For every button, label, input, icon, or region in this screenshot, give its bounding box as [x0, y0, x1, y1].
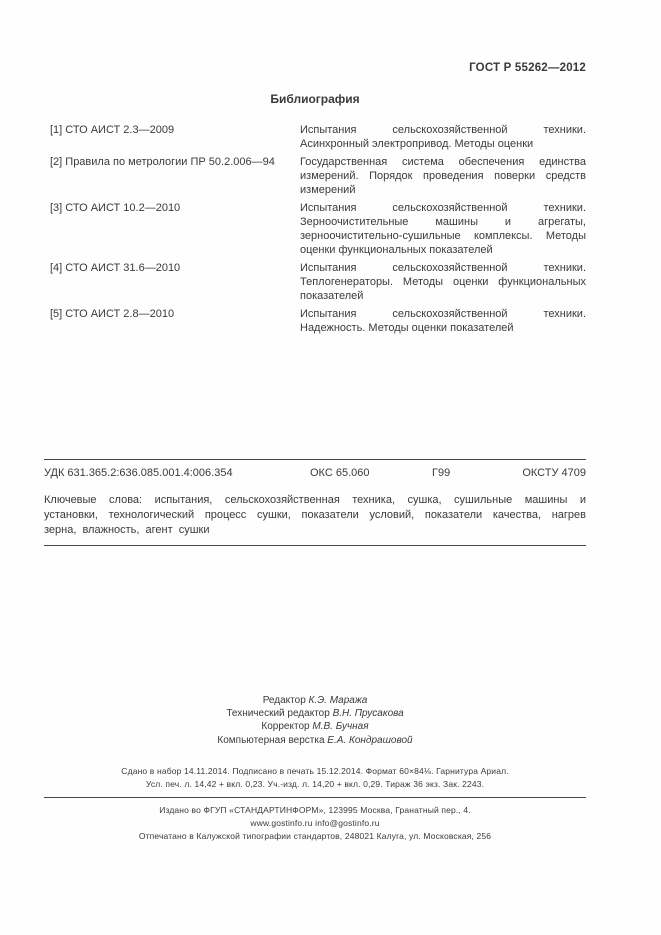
section-title: Библиография: [44, 92, 586, 106]
bibliography-list: [1] СТО АИСТ 2.3—2009 Испытания сельскох…: [50, 123, 586, 339]
staff-role: Редактор: [263, 695, 306, 706]
colophon-line: Сдано в набор 14.11.2014. Подписано в пе…: [44, 765, 586, 778]
bibliography-ref-label: [3] СТО АИСТ 10.2—2010: [50, 201, 300, 257]
staff-name: М.В. Бучная: [312, 721, 368, 732]
staff-role: Технический редактор: [226, 708, 329, 719]
bibliography-ref-label: [4] СТО АИСТ 31.6—2010: [50, 261, 300, 303]
oks-code: ОКС 65.060: [310, 467, 370, 479]
bibliography-entry: [4] СТО АИСТ 31.6—2010 Испытания сельско…: [50, 261, 586, 303]
staff-line: Редактор К.Э. Маража: [44, 694, 586, 707]
bibliography-ref-description: Испытания сельскохозяйственной техники. …: [300, 201, 586, 257]
divider-above-publisher: [44, 797, 586, 798]
bibliography-entry: [2] Правила по метрологии ПР 50.2.006—94…: [50, 155, 586, 197]
bibliography-ref-label: [5] СТО АИСТ 2.8—2010: [50, 307, 300, 335]
staff-role: Компьютерная верстка: [217, 735, 324, 746]
publisher-line: Издано во ФГУП «СТАНДАРТИНФОРМ», 123995 …: [44, 804, 586, 817]
publisher-block: Издано во ФГУП «СТАНДАРТИНФОРМ», 123995 …: [44, 804, 586, 842]
colophon-line: Усл. печ. л. 14,42 + вкл. 0,23. Уч.-изд.…: [44, 778, 586, 791]
staff-line: Технический редактор В.Н. Прусакова: [44, 707, 586, 720]
doc-code: ГОСТ Р 55262—2012: [44, 62, 586, 74]
udk-code: УДК 631.365.2:636.085.001.4:006.354: [44, 467, 233, 479]
bibliography-entry: [5] СТО АИСТ 2.8—2010 Испытания сельскох…: [50, 307, 586, 335]
document-page: ГОСТ Р 55262—2012 Библиография [1] СТО А…: [0, 0, 661, 935]
bibliography-ref-label: [1] СТО АИСТ 2.3—2009: [50, 123, 300, 151]
bibliography-entry: [1] СТО АИСТ 2.3—2009 Испытания сельскох…: [50, 123, 586, 151]
printer-line: Отпечатано в Калужской типографии станда…: [44, 830, 586, 843]
bibliography-ref-label: [2] Правила по метрологии ПР 50.2.006—94: [50, 155, 300, 197]
classification-row: УДК 631.365.2:636.085.001.4:006.354 ОКС …: [44, 467, 586, 481]
group-code: Г99: [432, 467, 450, 479]
staff-role: Корректор: [261, 721, 309, 732]
keywords-paragraph: Ключевые слова: испытания, сельскохозяйс…: [44, 493, 586, 538]
staff-name: К.Э. Маража: [309, 695, 368, 706]
page-content: ГОСТ Р 55262—2012 Библиография [1] СТО А…: [44, 0, 586, 935]
staff-line: Корректор М.В. Бучная: [44, 720, 586, 733]
print-colophon: Сдано в набор 14.11.2014. Подписано в пе…: [44, 765, 586, 791]
staff-name: Е.А. Кондрашовой: [327, 735, 412, 746]
staff-name: В.Н. Прусакова: [333, 708, 404, 719]
publisher-website-line: www.gostinfo.ru info@gostinfo.ru: [44, 817, 586, 830]
bibliography-ref-description: Испытания сельскохозяйственной техники. …: [300, 261, 586, 303]
bibliography-ref-description: Государственная система обеспечения един…: [300, 155, 586, 197]
divider-above-udk: [44, 459, 586, 460]
bibliography-ref-description: Испытания сельскохозяйственной техники. …: [300, 307, 586, 335]
bibliography-ref-description: Испытания сельскохозяйственной техники. …: [300, 123, 586, 151]
bibliography-entry: [3] СТО АИСТ 10.2—2010 Испытания сельско…: [50, 201, 586, 257]
staff-line: Компьютерная верстка Е.А. Кондрашовой: [44, 734, 586, 747]
staff-block: Редактор К.Э. Маража Технический редакто…: [44, 694, 586, 747]
okstu-code: ОКСТУ 4709: [522, 467, 586, 479]
divider-below-keywords: [44, 545, 586, 546]
